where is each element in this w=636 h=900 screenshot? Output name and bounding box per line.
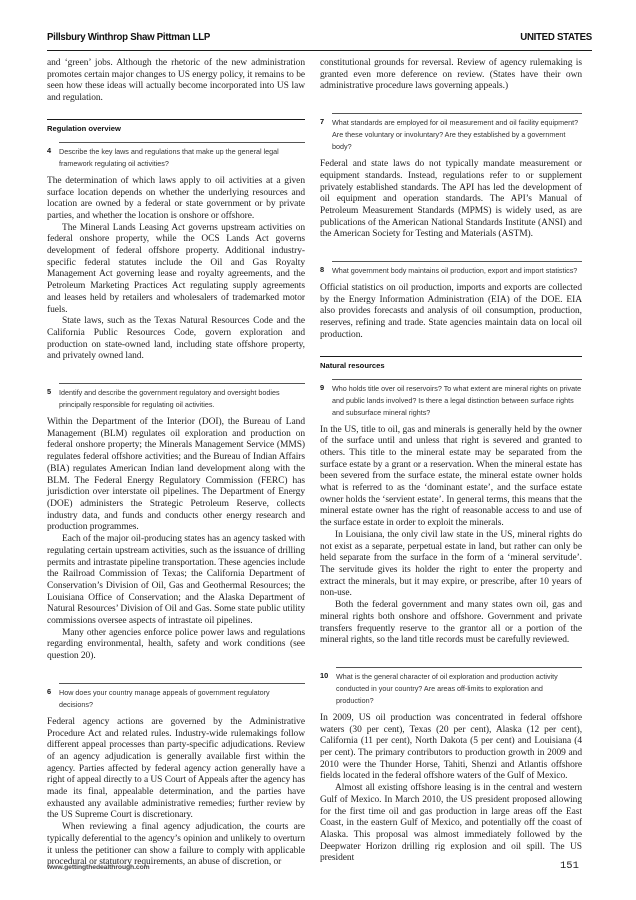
question-number: 7 [320, 113, 332, 153]
question-number: 6 [47, 683, 59, 711]
answer-paragraph: In the US, title to oil, gas and mineral… [320, 425, 582, 530]
question-number: 9 [320, 379, 332, 419]
question-text: Identify and describe the government reg… [59, 383, 305, 411]
section-heading-natural-resources: Natural resources [320, 356, 582, 370]
question-text: How does your country manage appeals of … [59, 683, 305, 711]
answer-paragraph: Official statistics on oil production, i… [320, 283, 582, 342]
question-6: 6 How does your country manage appeals o… [47, 683, 305, 711]
answer-paragraph: When reviewing a final agency adjudicati… [47, 822, 305, 869]
section-heading-regulation-overview: Regulation overview [47, 119, 305, 133]
question-7: 7 What standards are employed for oil me… [320, 113, 582, 153]
question-text: What is the general character of oil exp… [336, 667, 582, 707]
question-text: What government body maintains oil produ… [332, 261, 582, 277]
running-header: Pillsbury Winthrop Shaw Pittman LLP UNIT… [47, 28, 592, 51]
question-number: 8 [320, 261, 332, 277]
answer-paragraph: In Louisiana, the only civil law state i… [320, 530, 582, 600]
question-text: Describe the key laws and regulations th… [59, 142, 305, 170]
page-number: 151 [560, 860, 579, 872]
question-number: 5 [47, 383, 59, 411]
answer-paragraph: The determination of which laws apply to… [47, 176, 305, 223]
right-column: constitutional grounds for reversal. Rev… [320, 58, 582, 865]
answer-paragraph: Each of the major oil-producing states h… [47, 534, 305, 628]
question-number: 4 [47, 142, 59, 170]
answer-paragraph: Within the Department of the Interior (D… [47, 417, 305, 534]
footer-website-link[interactable]: www.gettingthedealthrough.com [47, 864, 150, 871]
question-9: 9 Who holds title over oil reservoirs? T… [320, 379, 582, 419]
left-column: and ‘green’ jobs. Although the rhetoric … [47, 58, 305, 869]
answer-paragraph: In 2009, US oil production was concentra… [320, 713, 582, 783]
intro-paragraph: and ‘green’ jobs. Although the rhetoric … [47, 58, 305, 105]
answer-paragraph: The Mineral Lands Leasing Act governs up… [47, 223, 305, 317]
answer-paragraph: Many other agencies enforce police power… [47, 628, 305, 663]
question-10: 10 What is the general character of oil … [320, 667, 582, 707]
question-number: 10 [320, 667, 336, 707]
answer-paragraph: Federal and state laws do not typically … [320, 159, 582, 241]
answer-paragraph: Federal agency actions are governed by t… [47, 717, 305, 822]
continuation-paragraph: constitutional grounds for reversal. Rev… [320, 58, 582, 93]
question-text: What standards are employed for oil meas… [332, 113, 582, 153]
firm-name: Pillsbury Winthrop Shaw Pittman LLP [47, 31, 210, 43]
question-5: 5 Identify and describe the government r… [47, 383, 305, 411]
question-4: 4 Describe the key laws and regulations … [47, 142, 305, 170]
answer-paragraph: State laws, such as the Texas Natural Re… [47, 316, 305, 363]
question-8: 8 What government body maintains oil pro… [320, 261, 582, 277]
country-label: UNITED STATES [520, 31, 592, 43]
answer-paragraph: Almost all existing offshore leasing is … [320, 783, 582, 865]
question-text: Who holds title over oil reservoirs? To … [332, 379, 582, 419]
answer-paragraph: Both the federal government and many sta… [320, 600, 582, 647]
